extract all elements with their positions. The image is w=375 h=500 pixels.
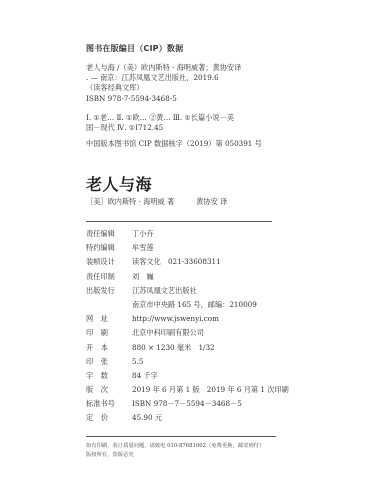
- detail-label: 特约编辑: [86, 243, 132, 253]
- cip-line: 老人与海 /（美）欧内斯特 · 海明威著；黄协安译: [86, 63, 286, 73]
- detail-label: 标准书号: [86, 399, 132, 409]
- detail-value: 牟雪莲: [132, 243, 154, 253]
- detail-label: 网址: [86, 314, 108, 324]
- detail-label: 开本: [86, 343, 108, 353]
- detail-label: 印刷: [86, 328, 108, 338]
- cip-line: ISBN 978-7-5594-3468-5: [86, 94, 286, 104]
- detail-value: 刘 巍: [132, 272, 154, 282]
- divider: [86, 436, 276, 437]
- detail-value: ISBN 978－7－5594－3468－5: [132, 399, 242, 409]
- detail-value: 南京市中央路 165 号，邮编：210009: [132, 300, 257, 310]
- cip-line: （读客经典文库）: [86, 83, 286, 93]
- detail-label: 出版发行: [86, 286, 132, 296]
- copyright-page: 图书在版编目（CIP）数据 老人与海 /（美）欧内斯特 · 海明威著；黄协安译 …: [0, 0, 375, 500]
- footer: 如有印刷、装订质量问题，请致电 010-87681002（免费更换，邮寄到付） …: [86, 442, 264, 460]
- detail-label: 印张: [86, 357, 108, 367]
- detail-label: 责任编辑: [86, 229, 132, 239]
- detail-value: 880 × 1230 毫米 1/32: [132, 343, 215, 353]
- author: ［美］欧内斯特 · 海明威 著: [86, 197, 174, 206]
- detail-label: 定价: [86, 413, 108, 423]
- cip-heading: 图书在版编目（CIP）数据: [86, 43, 183, 54]
- detail-value: 84 千字: [132, 371, 158, 381]
- detail-label: 责任印制: [86, 272, 132, 282]
- detail-value: 5.5: [132, 357, 143, 366]
- cip-record-number: 中国版本图书馆 CIP 数据核字（2019）第 050391 号: [86, 139, 262, 149]
- copyright-notice: 版权所有，盗版必究: [86, 451, 264, 460]
- book-title: 老人与海: [86, 172, 152, 195]
- quality-notice: 如有印刷、装订质量问题，请致电 010-87681002（免费更换，邮寄到付）: [86, 442, 264, 451]
- detail-label: 版次: [86, 385, 108, 395]
- detail-value: 北京中科印刷有限公司: [132, 328, 204, 338]
- detail-value: 2019 年 6 月第 1 版 2019 年 6 月第 1 次印刷: [132, 385, 289, 395]
- detail-value: http://www.jswenyi.com: [132, 314, 219, 323]
- cip-line: . — 南京：江苏凤凰文艺出版社，2019.6: [86, 73, 286, 83]
- detail-value: 读客文化 021-33608311: [132, 257, 221, 267]
- cip-classification: Ⅰ. ①老… Ⅱ. ①欧… ②黄… Ⅲ. ①长篇小说－美 国－现代 Ⅳ. ①I7…: [86, 113, 234, 133]
- detail-value: 丁小卉: [132, 229, 154, 239]
- detail-value: 45.90 元: [132, 413, 162, 423]
- translator: 黄协安 译: [196, 197, 227, 206]
- cip-record: 老人与海 /（美）欧内斯特 · 海明威著；黄协安译 . — 南京：江苏凤凰文艺出…: [86, 63, 286, 104]
- classification-line: 国－现代 Ⅳ. ①I712.45: [86, 123, 234, 133]
- divider: [86, 221, 272, 222]
- detail-value: 江苏凤凰文艺出版社: [132, 286, 197, 296]
- detail-label: 字数: [86, 371, 108, 381]
- classification-line: Ⅰ. ①老… Ⅱ. ①欧… ②黄… Ⅲ. ①长篇小说－美: [86, 113, 234, 123]
- byline: ［美］欧内斯特 · 海明威 著黄协安 译: [86, 197, 227, 207]
- detail-label: 装帧设计: [86, 257, 132, 267]
